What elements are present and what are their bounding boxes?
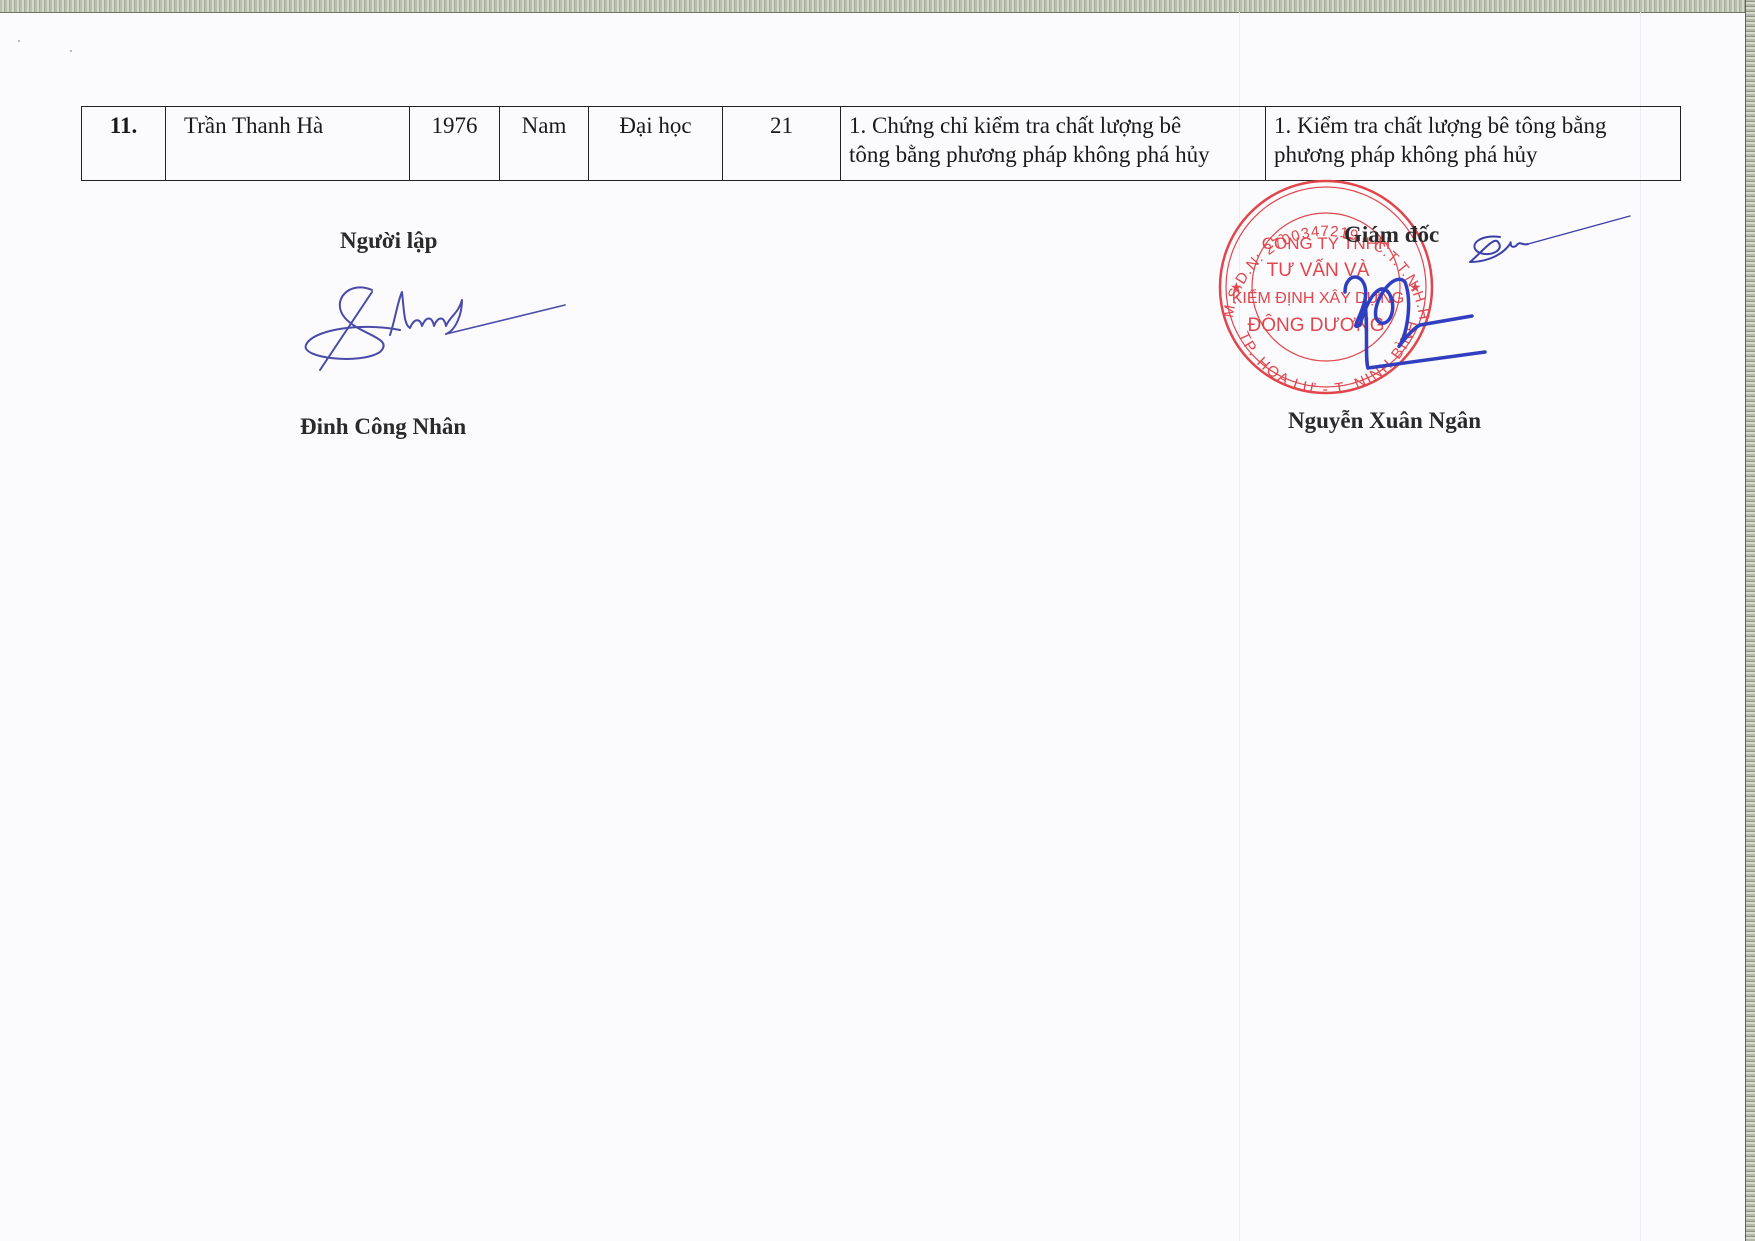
scan-speck <box>70 50 72 52</box>
cell-education: Đại học <box>589 107 723 181</box>
task-line: 1. Kiểm tra chất lượng bê tông bằng <box>1274 111 1672 140</box>
director-initials <box>1470 216 1630 262</box>
scan-speck <box>18 40 20 42</box>
task-line: phương pháp không phá hủy <box>1274 140 1672 169</box>
signature-layer <box>0 0 1755 1241</box>
svg-text:TP. HOA LƯ - T. NINH BÌNH: TP. HOA LƯ - T. NINH BÌNH <box>1235 317 1422 398</box>
stamp-star-icon: ★ <box>1409 279 1422 295</box>
preparer-signature <box>306 287 565 370</box>
cell-name: Trần Thanh Hà <box>166 107 410 181</box>
director-name: Nguyễn Xuân Ngân <box>1288 408 1481 434</box>
preparer-name: Đinh Công Nhân <box>300 414 466 440</box>
cell-index: 11. <box>82 107 166 181</box>
stamp-seal: M.S.D.N: 2700347219 - C.T.T.N.H.H TP. HO… <box>1220 181 1433 398</box>
stamp-arc-bottom: TP. HOA LƯ - T. NINH BÌNH <box>1235 317 1422 398</box>
cell-experience: 21 <box>723 107 841 181</box>
scan-streak <box>1239 12 1240 1241</box>
cell-birth-year: 1976 <box>410 107 500 181</box>
stamp-line: TƯ VẤN VÀ <box>1267 259 1370 281</box>
director-title: Giám đốc <box>1344 222 1439 248</box>
cell-task: 1. Kiểm tra chất lượng bê tông bằng phươ… <box>1266 107 1681 181</box>
scan-border-top <box>0 0 1755 13</box>
director-signature <box>1345 277 1485 368</box>
cell-gender: Nam <box>500 107 589 181</box>
scan-border-right <box>1745 0 1755 1241</box>
table-row: 11. Trần Thanh Hà 1976 Nam Đại học 21 1.… <box>82 107 1681 181</box>
preparer-title: Người lập <box>340 228 437 254</box>
stamp-line: ĐÔNG DƯƠNG <box>1247 314 1384 336</box>
certificate-line: tông bằng phương pháp không phá hủy <box>849 140 1257 169</box>
company-stamp: M.S.D.N: 2700347219 - C.T.T.N.H.H TP. HO… <box>0 0 1755 1241</box>
cell-certificate: 1. Chứng chỉ kiểm tra chất lượng bê tông… <box>841 107 1266 181</box>
stamp-star-icon: ★ <box>1230 279 1243 295</box>
personnel-table: 11. Trần Thanh Hà 1976 Nam Đại học 21 1.… <box>81 106 1681 181</box>
scan-streak <box>1640 12 1641 1241</box>
stamp-line: KIỂM ĐỊNH XÂY DỰNG <box>1232 288 1405 307</box>
certificate-line: 1. Chứng chỉ kiểm tra chất lượng bê <box>849 111 1257 140</box>
